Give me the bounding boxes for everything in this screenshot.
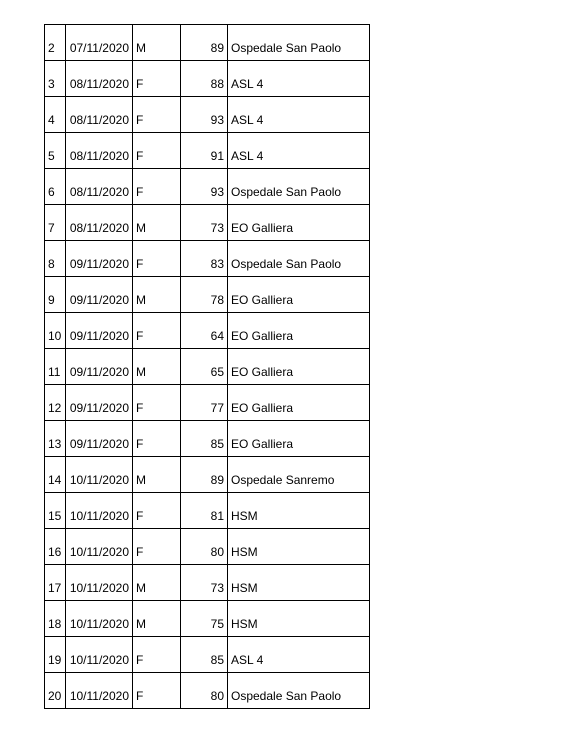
- table-row: 19 10/11/2020 F 85 ASL 4: [45, 637, 370, 673]
- cell-value: 81: [181, 493, 228, 529]
- cell-value: 85: [181, 421, 228, 457]
- cell-id: 16: [45, 529, 66, 565]
- cell-sex: F: [133, 97, 181, 133]
- cell-hospital: HSM: [228, 601, 370, 637]
- cell-id: 4: [45, 97, 66, 133]
- cell-hospital: HSM: [228, 493, 370, 529]
- cell-date: 08/11/2020: [66, 133, 133, 169]
- table-row: 20 10/11/2020 F 80 Ospedale San Paolo: [45, 673, 370, 709]
- cell-id: 19: [45, 637, 66, 673]
- cell-id: 8: [45, 241, 66, 277]
- cell-value: 93: [181, 97, 228, 133]
- cell-id: 13: [45, 421, 66, 457]
- table-row: 17 10/11/2020 M 73 HSM: [45, 565, 370, 601]
- cell-value: 73: [181, 565, 228, 601]
- cell-date: 10/11/2020: [66, 601, 133, 637]
- cell-hospital: ASL 4: [228, 637, 370, 673]
- table-row: 15 10/11/2020 F 81 HSM: [45, 493, 370, 529]
- cell-sex: M: [133, 601, 181, 637]
- cell-date: 08/11/2020: [66, 205, 133, 241]
- cell-date: 08/11/2020: [66, 61, 133, 97]
- cell-date: 09/11/2020: [66, 277, 133, 313]
- cell-id: 15: [45, 493, 66, 529]
- cell-id: 7: [45, 205, 66, 241]
- cell-sex: F: [133, 241, 181, 277]
- cell-hospital: ASL 4: [228, 97, 370, 133]
- cell-value: 64: [181, 313, 228, 349]
- cell-id: 12: [45, 385, 66, 421]
- cell-sex: F: [133, 385, 181, 421]
- table-row: 14 10/11/2020 M 89 Ospedale Sanremo: [45, 457, 370, 493]
- cell-hospital: EO Galliera: [228, 421, 370, 457]
- cell-hospital: Ospedale San Paolo: [228, 25, 370, 61]
- table-row: 10 09/11/2020 F 64 EO Galliera: [45, 313, 370, 349]
- cell-value: 91: [181, 133, 228, 169]
- cell-value: 78: [181, 277, 228, 313]
- cell-sex: F: [133, 61, 181, 97]
- cell-id: 18: [45, 601, 66, 637]
- cell-id: 6: [45, 169, 66, 205]
- cell-date: 10/11/2020: [66, 637, 133, 673]
- cell-date: 09/11/2020: [66, 313, 133, 349]
- table-row: 3 08/11/2020 F 88 ASL 4: [45, 61, 370, 97]
- cell-hospital: HSM: [228, 565, 370, 601]
- cell-date: 07/11/2020: [66, 25, 133, 61]
- cell-value: 88: [181, 61, 228, 97]
- cell-sex: M: [133, 205, 181, 241]
- cell-value: 89: [181, 25, 228, 61]
- table-row: 5 08/11/2020 F 91 ASL 4: [45, 133, 370, 169]
- cell-hospital: Ospedale San Paolo: [228, 241, 370, 277]
- cell-sex: F: [133, 673, 181, 709]
- cell-value: 93: [181, 169, 228, 205]
- cell-hospital: ASL 4: [228, 133, 370, 169]
- cell-sex: F: [133, 133, 181, 169]
- table-row: 6 08/11/2020 F 93 Ospedale San Paolo: [45, 169, 370, 205]
- table-row: 13 09/11/2020 F 85 EO Galliera: [45, 421, 370, 457]
- cell-date: 10/11/2020: [66, 565, 133, 601]
- cell-id: 5: [45, 133, 66, 169]
- cell-date: 09/11/2020: [66, 349, 133, 385]
- cell-sex: M: [133, 349, 181, 385]
- table-row: 8 09/11/2020 F 83 Ospedale San Paolo: [45, 241, 370, 277]
- table-body: 2 07/11/2020 M 89 Ospedale San Paolo 3 0…: [45, 25, 370, 709]
- table-row: 18 10/11/2020 M 75 HSM: [45, 601, 370, 637]
- cell-sex: F: [133, 493, 181, 529]
- table-row: 4 08/11/2020 F 93 ASL 4: [45, 97, 370, 133]
- cell-sex: F: [133, 421, 181, 457]
- cell-value: 85: [181, 637, 228, 673]
- cell-value: 77: [181, 385, 228, 421]
- cell-value: 80: [181, 529, 228, 565]
- cell-hospital: Ospedale San Paolo: [228, 673, 370, 709]
- cell-value: 80: [181, 673, 228, 709]
- table-row: 9 09/11/2020 M 78 EO Galliera: [45, 277, 370, 313]
- cell-sex: F: [133, 169, 181, 205]
- table-row: 12 09/11/2020 F 77 EO Galliera: [45, 385, 370, 421]
- cell-date: 09/11/2020: [66, 385, 133, 421]
- cell-date: 08/11/2020: [66, 169, 133, 205]
- cell-hospital: Ospedale Sanremo: [228, 457, 370, 493]
- cell-value: 83: [181, 241, 228, 277]
- cell-date: 10/11/2020: [66, 673, 133, 709]
- cell-id: 11: [45, 349, 66, 385]
- cell-hospital: EO Galliera: [228, 277, 370, 313]
- cell-hospital: EO Galliera: [228, 349, 370, 385]
- data-table: 2 07/11/2020 M 89 Ospedale San Paolo 3 0…: [44, 24, 370, 709]
- cell-hospital: EO Galliera: [228, 385, 370, 421]
- cell-id: 2: [45, 25, 66, 61]
- cell-date: 09/11/2020: [66, 421, 133, 457]
- cell-hospital: EO Galliera: [228, 313, 370, 349]
- cell-sex: M: [133, 457, 181, 493]
- cell-id: 17: [45, 565, 66, 601]
- cell-value: 89: [181, 457, 228, 493]
- cell-hospital: HSM: [228, 529, 370, 565]
- table-row: 2 07/11/2020 M 89 Ospedale San Paolo: [45, 25, 370, 61]
- table-row: 16 10/11/2020 F 80 HSM: [45, 529, 370, 565]
- cell-hospital: ASL 4: [228, 61, 370, 97]
- table-row: 11 09/11/2020 M 65 EO Galliera: [45, 349, 370, 385]
- cell-value: 75: [181, 601, 228, 637]
- cell-sex: M: [133, 565, 181, 601]
- cell-sex: M: [133, 25, 181, 61]
- cell-date: 10/11/2020: [66, 457, 133, 493]
- cell-date: 10/11/2020: [66, 529, 133, 565]
- cell-sex: M: [133, 277, 181, 313]
- cell-date: 10/11/2020: [66, 493, 133, 529]
- cell-date: 08/11/2020: [66, 97, 133, 133]
- cell-hospital: EO Galliera: [228, 205, 370, 241]
- cell-id: 3: [45, 61, 66, 97]
- cell-id: 20: [45, 673, 66, 709]
- cell-id: 14: [45, 457, 66, 493]
- cell-date: 09/11/2020: [66, 241, 133, 277]
- cell-hospital: Ospedale San Paolo: [228, 169, 370, 205]
- table-row: 7 08/11/2020 M 73 EO Galliera: [45, 205, 370, 241]
- cell-value: 65: [181, 349, 228, 385]
- cell-value: 73: [181, 205, 228, 241]
- cell-sex: F: [133, 637, 181, 673]
- cell-id: 10: [45, 313, 66, 349]
- cell-sex: F: [133, 529, 181, 565]
- cell-id: 9: [45, 277, 66, 313]
- cell-sex: F: [133, 313, 181, 349]
